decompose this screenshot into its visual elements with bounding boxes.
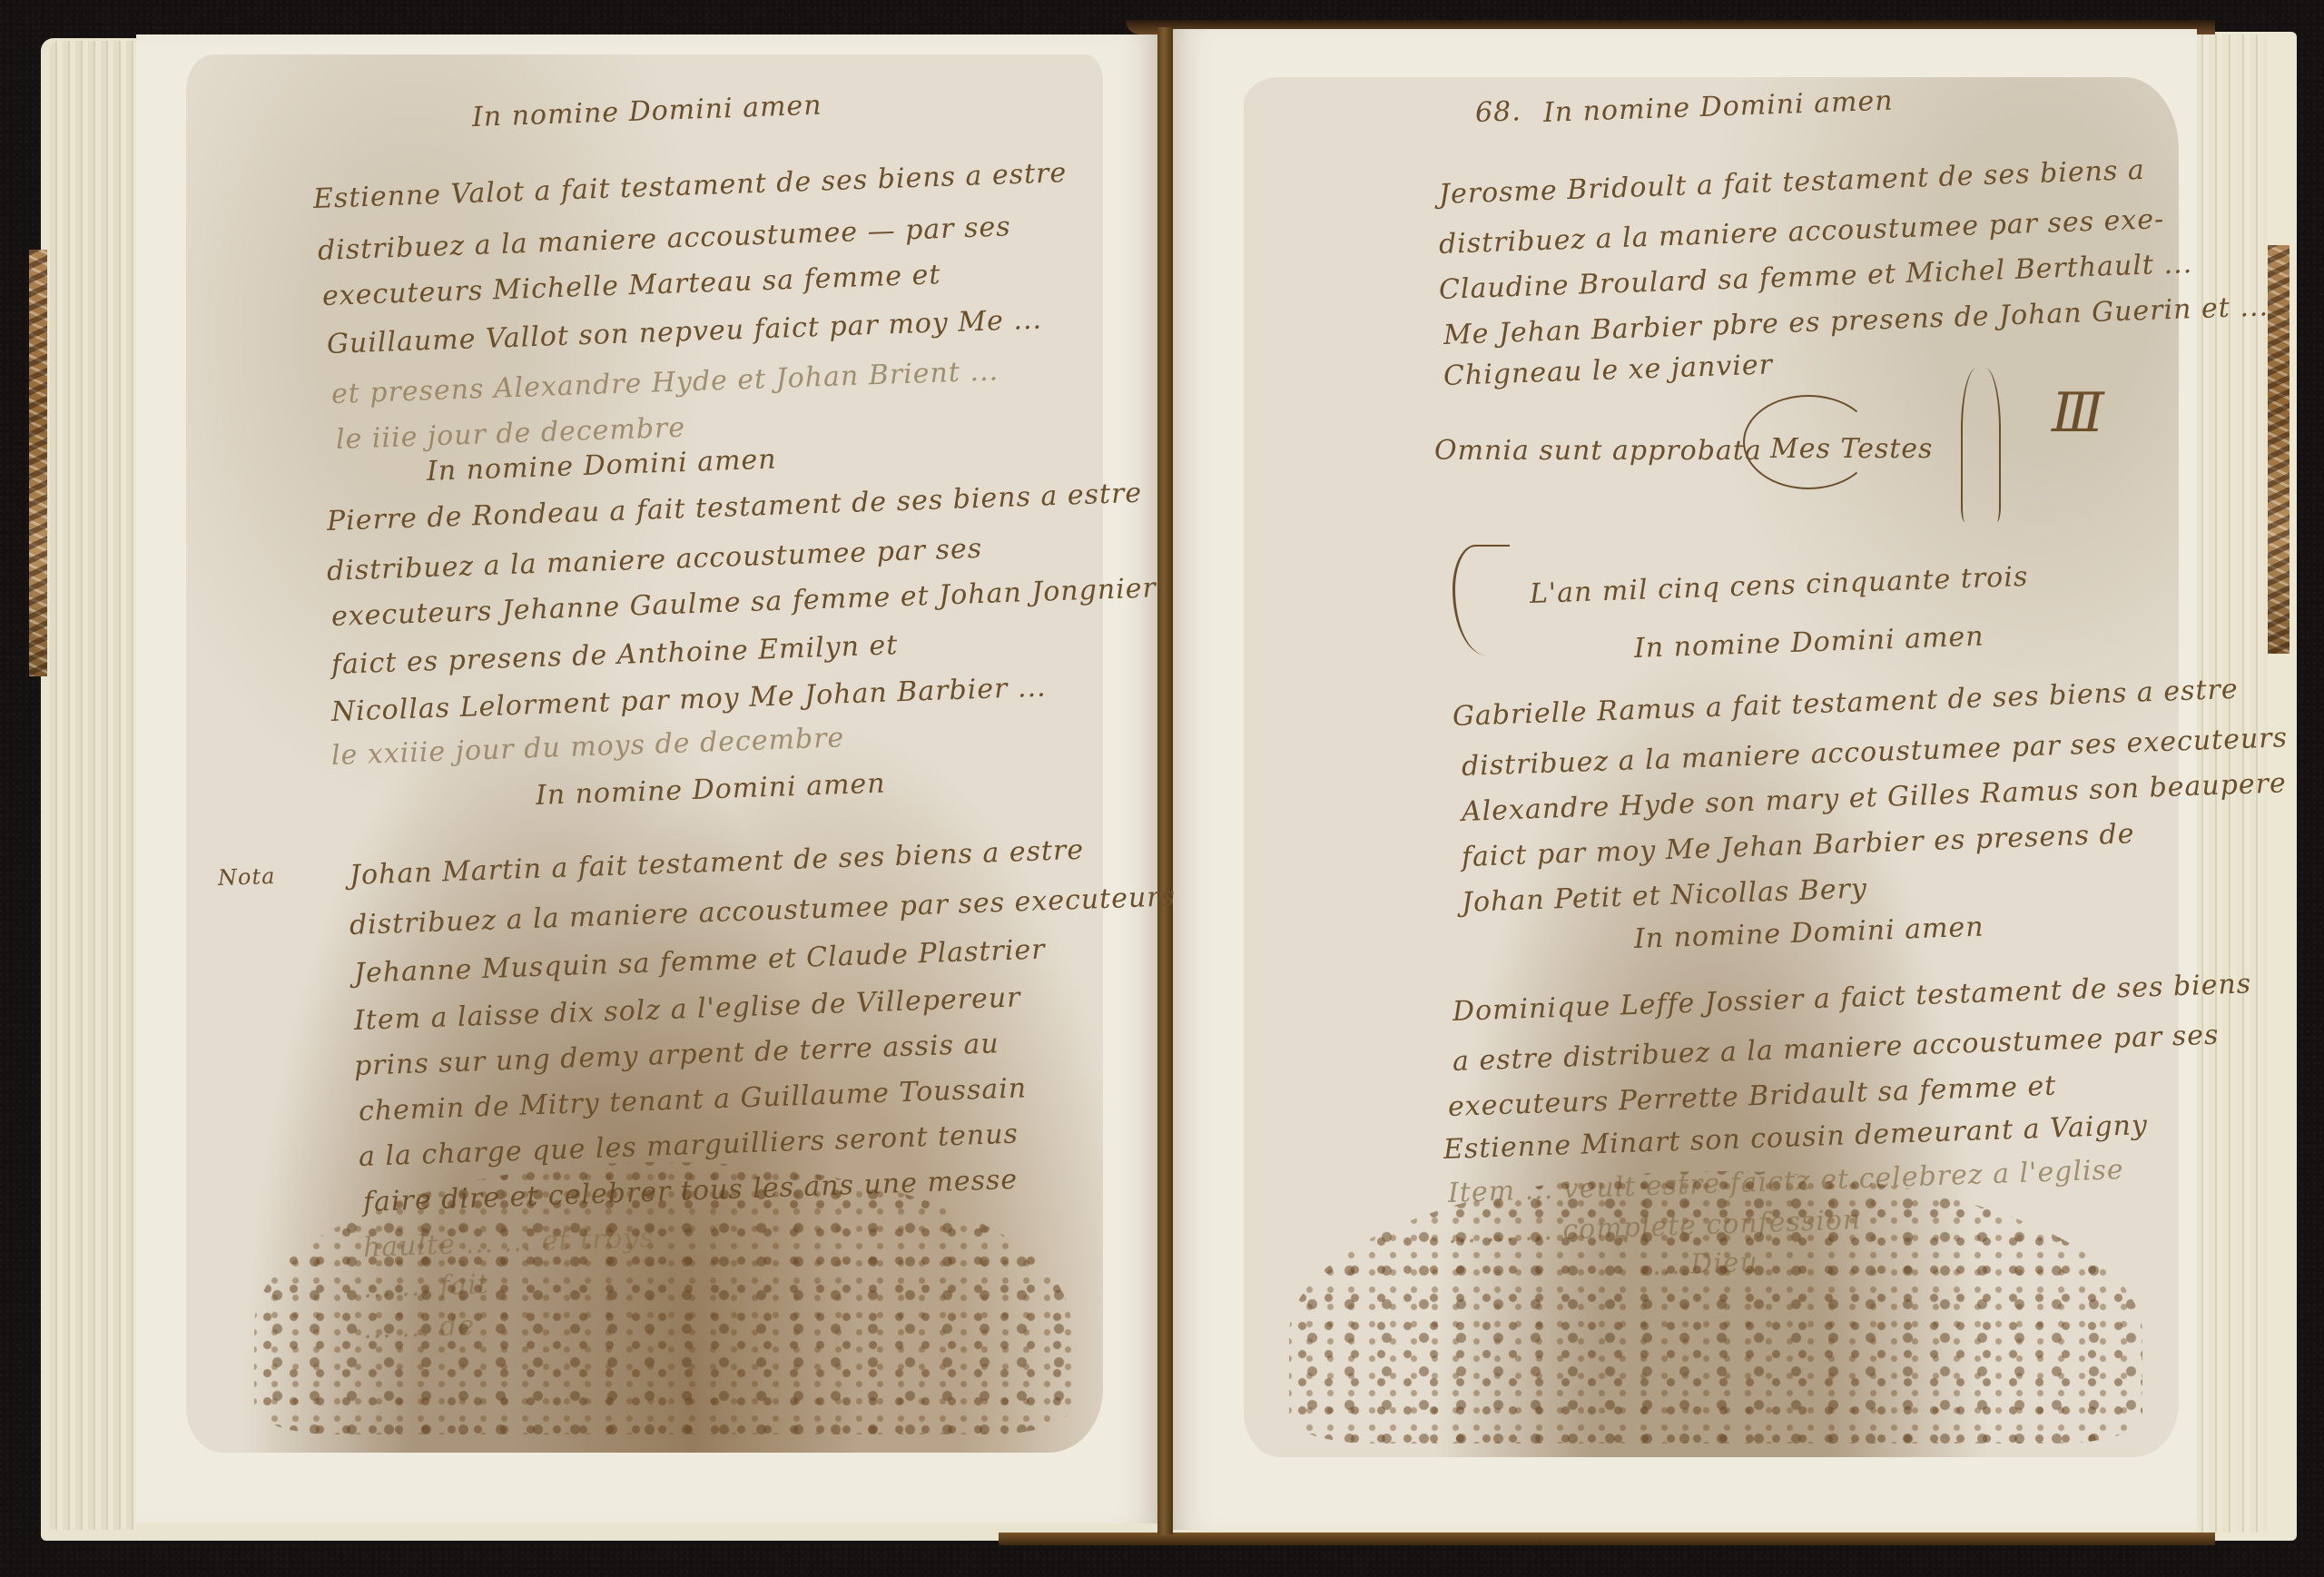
- entry-line: ... ... de: [362, 1313, 475, 1344]
- gutter: [1157, 27, 1173, 1534]
- marbled-edge-right: [2266, 245, 2290, 654]
- signature-paraph: [1961, 368, 2001, 522]
- marbled-edge-left: [29, 250, 47, 676]
- notary-mark-icon: Ⅲ: [2052, 381, 2104, 445]
- margin-note: Nota: [218, 865, 276, 889]
- folio-number: 68.: [1474, 98, 1521, 127]
- spine-bottom-edge: [999, 1533, 2215, 1545]
- entry-line: ... ... fait: [362, 1271, 489, 1303]
- approval-note: Omnia sunt approbata: [1434, 438, 1762, 465]
- page-stack-left: [50, 41, 136, 1530]
- entry-line: ... Dieu: [1651, 1249, 1758, 1280]
- witness-label: Mes Testes: [1770, 436, 1933, 463]
- open-book: In nomine Domini amen Estienne Valot a f…: [0, 0, 2324, 1577]
